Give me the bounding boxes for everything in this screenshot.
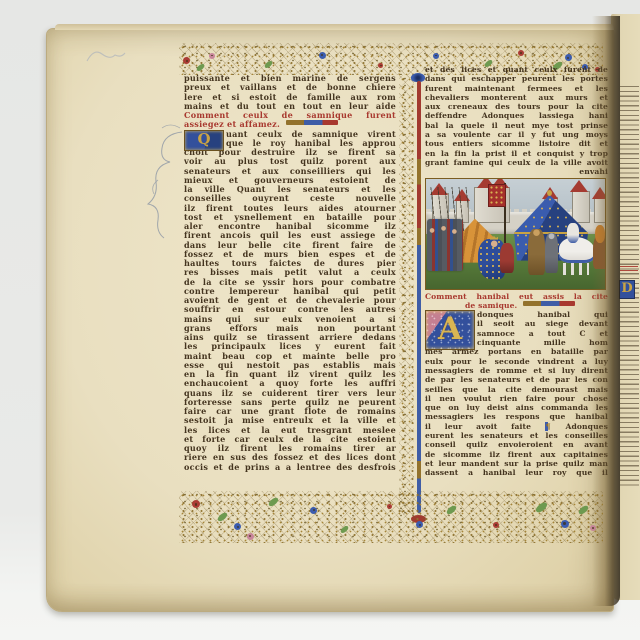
text-line: maint beau cop et mainte belle pro — [184, 352, 396, 361]
manuscript-page: puissante et bien marine de sergenspreux… — [46, 28, 614, 612]
flower-icon — [209, 53, 215, 59]
leaf-icon — [577, 504, 589, 515]
illuminated-initial-a: A — [425, 310, 475, 350]
text-line: messagiers de romme et si luy dirent — [425, 366, 608, 375]
text-line: contre lempereur hanibal qui petit — [184, 287, 396, 296]
flower-icon — [192, 500, 200, 508]
pencil-mark — [83, 41, 129, 69]
text-line: souffrir en estour contre les autres — [184, 305, 396, 314]
leaf-icon — [534, 501, 548, 514]
text-line: conseilles ouyrent ceste nouvelle — [184, 194, 396, 203]
flower-icon — [518, 50, 524, 56]
text-line: samnoce a tout C et — [477, 329, 608, 338]
left-body-block: Q uant ceulx de samnique virentque le ro… — [184, 130, 396, 472]
text-line: en la fin quant ilz virent quilz les — [184, 370, 396, 379]
text-line: seilles que la cite demourast mais — [425, 385, 608, 394]
text-line-with-paraph: il leur avoit faite ¶ Adonques — [425, 422, 608, 431]
text-line: uant ceulx de samnique virent — [226, 130, 396, 139]
text-line: les lices et la eut tresgrant meslee — [184, 426, 396, 435]
horse-rider — [567, 223, 579, 243]
text-line: il seoit au siege devant — [477, 319, 608, 328]
text-line: tost et ysnellement en bataille pour — [184, 213, 396, 222]
flower-icon — [433, 53, 439, 59]
text-line: conseil quilz envoieroient en avant — [425, 440, 608, 449]
text-line: puissante et bien marine de sergens — [184, 74, 396, 83]
text-line: et leur mandent sur la prise quilz man — [425, 459, 608, 468]
tower-roof-icon — [592, 187, 606, 199]
left-body-lines: choit pour destruire ilz se firent savoi… — [184, 148, 396, 472]
miniature-painting — [425, 178, 606, 290]
text-line: envahi — [425, 167, 608, 176]
penwork-flourish — [144, 118, 186, 248]
hanibal-figure — [528, 229, 545, 275]
text-line: firent ancois quil les eust assiege de — [184, 231, 396, 240]
leaf-icon — [339, 525, 349, 534]
text-line: chevaliers monterent aux murs et — [425, 93, 608, 102]
text-line: la ville Quant les senateurs et les — [184, 185, 396, 194]
text-line: senateurs et aux conseilliers qui les — [184, 167, 396, 176]
text-line: fossez et de murs bien espes et de — [184, 250, 396, 259]
tower-roof-icon — [570, 180, 588, 192]
text-line: voir au plus tost quilz porent aux — [184, 157, 396, 166]
soldier-group — [427, 219, 463, 271]
flower-icon — [234, 523, 241, 530]
rubric-text: assiegez et affamez. — [184, 120, 280, 129]
flower-icon — [387, 504, 392, 509]
leaf-icon — [195, 63, 205, 72]
text-line: que on luy deist ains commanda les — [425, 403, 608, 412]
column-divider — [399, 71, 425, 523]
paraph-mark-icon: ¶ — [545, 422, 552, 431]
text-line: haultes tours faictes de dures pier — [184, 259, 396, 268]
text-line: mieux et gouverneurs estoient de — [184, 176, 396, 185]
text-line: sestoit ja mise entreulx et la ville et — [184, 416, 396, 425]
text-line: mains et du tout en tout en leur aide — [184, 102, 396, 111]
flower-icon — [319, 52, 326, 59]
flower-icon — [183, 57, 190, 64]
text-line: et forte car ceulx de la cite estoient — [184, 435, 396, 444]
flower-icon — [561, 520, 569, 528]
text-fragment: Adonques — [565, 422, 608, 431]
text-line: enchaucoient a quoy forte les auffri — [184, 379, 396, 388]
chapter-rubric-line: Comment hanibal eut assis la cite — [425, 292, 608, 301]
text-line: grans effors mais non pourtant — [184, 324, 396, 333]
city-tower — [594, 197, 606, 223]
text-line: riere en sus des fossez et des lices don… — [184, 453, 396, 462]
right-body-lines: mes armez portans en bataille pareulx po… — [425, 347, 608, 421]
divider-bar — [417, 81, 421, 513]
text-line: bal la quele il neut mye tost prinse — [425, 121, 608, 130]
illuminated-initial-q: Q — [184, 130, 224, 151]
right-top-lines: et des lices et quant ceulx furent dedan… — [425, 65, 608, 167]
text-line: furent maintenant fermees et les — [425, 84, 608, 93]
red-banner-icon — [488, 184, 506, 207]
facing-page-rubric-fragment — [620, 266, 638, 274]
penwork-band — [399, 75, 414, 515]
text-line: res bisses mais petit valut a ceulx — [184, 268, 396, 277]
text-line: eulx pour le seconde vindrent a luy — [425, 357, 608, 366]
photo-background: D puissante et bien marine de sergenspre… — [0, 0, 640, 640]
chapter-rubric-line: assiegez et affamez. — [184, 120, 396, 129]
text-line: aux creneaux des tours pour la cite — [425, 102, 608, 111]
text-line: dans qui eschapper peurent les portes — [425, 74, 608, 83]
flower-icon — [310, 507, 317, 514]
flower-icon — [247, 533, 254, 540]
text-line: eurent les senateurs et les conseilles — [425, 431, 608, 440]
orange-rider — [595, 225, 605, 243]
text-line: que le roy hanibal les approu — [226, 139, 396, 148]
text-line: de la cite se yssir hors pour combatre — [184, 278, 396, 287]
text-line: cinquante mille hom — [477, 338, 608, 347]
line-filler-bar — [286, 120, 338, 125]
text-line: lere et si estoit de famille aux rom — [184, 93, 396, 102]
bottom-border-decoration — [179, 491, 603, 543]
text-line: de sicomme ilz firent aux capitaines — [425, 450, 608, 459]
text-line: ilz firent toutes leurs aides atourner — [184, 204, 396, 213]
text-fragment: il leur avoit faite — [425, 422, 531, 431]
text-line: ains quilz se tirassent arriere dedans — [184, 333, 396, 342]
chapter-rubric-line: de samique. — [425, 301, 608, 310]
text-line: esse qui nestoit pas establis mais — [184, 361, 396, 370]
text-line: deffendre Adonques lassiega hani — [425, 111, 608, 120]
leaf-icon — [216, 512, 228, 523]
text-line: il nen voulut rien faire pour chose — [425, 394, 608, 403]
text-line: de par les senateurs et de par les con — [425, 375, 608, 384]
text-line: donques hanibal qui — [477, 310, 608, 319]
right-body-block: A donques hanibal quiil seoit au siege d… — [425, 310, 608, 477]
facing-page-initial-d: D — [619, 280, 635, 299]
text-line: quoy ilz firent les romains tirer ar — [184, 444, 396, 453]
tent-finial-icon — [547, 190, 552, 196]
right-body-lines: eurent les senateurs et les conseillesco… — [425, 431, 608, 477]
text-line: et des lices et quant ceulx furent de — [425, 65, 608, 74]
text-line: mains qui sur eulx venoient a si — [184, 315, 396, 324]
rubric-text: de samique. — [465, 301, 517, 310]
leaf-icon — [263, 60, 273, 69]
text-line: les principaulx lices y eurent fait — [184, 342, 396, 351]
leaf-icon — [445, 504, 457, 515]
text-line: tous entiers sicomme listoire dit et — [425, 139, 608, 148]
flower-icon — [416, 521, 423, 528]
right-text-column: et des lices et quant ceulx furent dedan… — [425, 65, 608, 511]
text-line: a sa voulente car il y fut ung moys — [425, 130, 608, 139]
text-line: dans leur belle cite firent faire de — [184, 241, 396, 250]
flower-icon — [493, 522, 499, 528]
flower-icon — [378, 63, 383, 68]
kneeling-squire — [500, 243, 514, 273]
left-text-column: puissante et bien marine de sergenspreux… — [184, 74, 396, 490]
text-line: faire car une grant flote de romains — [184, 407, 396, 416]
armoured-knight — [545, 233, 558, 273]
chapter-rubric-line: Comment ceulx de samnique furent — [184, 111, 396, 120]
leaf-icon — [267, 497, 279, 508]
text-line: quans ilz se cuiderent tirer vers leur — [184, 389, 396, 398]
text-line: dassent a hanibal leur roy que il — [425, 468, 608, 477]
flower-icon — [590, 525, 596, 531]
text-line: grant famine qui ceulx de la ville avoit — [425, 158, 608, 167]
text-line: avoient de gent et de chevalerie pour — [184, 296, 396, 305]
text-line: forteresse sans perte quilz ne peurent — [184, 398, 396, 407]
text-line: en la fin la prist il et conquist y trop — [425, 149, 608, 158]
line-filler-bar — [523, 301, 575, 306]
flower-icon — [565, 54, 572, 61]
left-intro-lines: puissante et bien marine de sergenspreux… — [184, 74, 396, 111]
facing-page-edge: D — [611, 14, 640, 600]
text-line: aler encontre hanibal sicomme ilz — [184, 222, 396, 231]
text-line: messagiers les respons que hanibal — [425, 412, 608, 421]
text-line: preux et vaillans et de bonne chiere — [184, 83, 396, 92]
city-tower — [572, 191, 590, 223]
text-line: occis et de prins a a lentree des desfro… — [184, 463, 396, 472]
